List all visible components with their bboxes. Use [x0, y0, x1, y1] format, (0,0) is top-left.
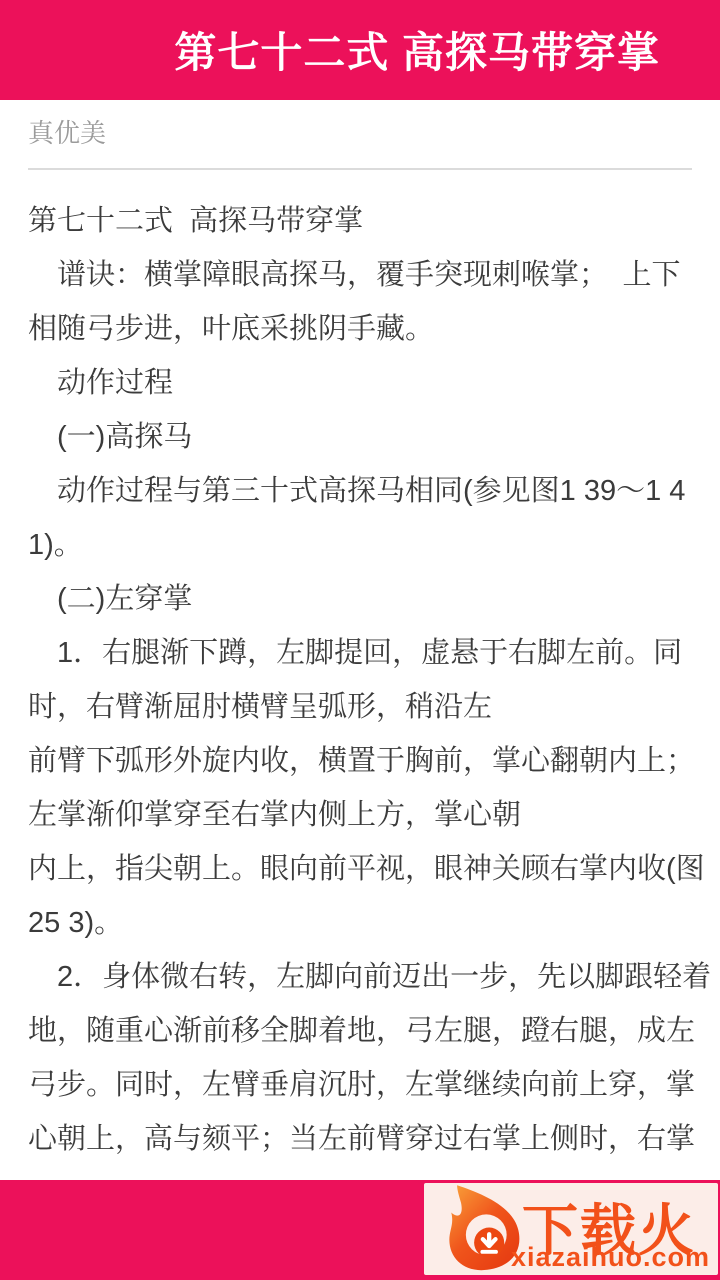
- text-line: 第七十二式 高探马带穿掌: [28, 194, 692, 248]
- page-title: 第七十二式 高探马带穿掌: [174, 20, 660, 80]
- content-area: 真优美 第七十二式 高探马带穿掌 谱诀：横掌障眼高探马，覆手突现刺喉掌； 上下 …: [0, 120, 720, 1166]
- text-line: 1)。: [28, 518, 692, 572]
- ad-domain-text: xiazaihuo.com: [511, 1242, 710, 1273]
- text-line: 心朝上，高与颏平；当左前臂穿过右掌上侧时，右掌: [28, 1112, 692, 1166]
- text-line: (一)高探马: [28, 410, 692, 464]
- text-line: 地，随重心渐前移全脚着地，弓左腿，蹬右腿，成左: [28, 1004, 692, 1058]
- text-line: 1．右腿渐下蹲，左脚提回，虚悬于右脚左前。同: [28, 626, 692, 680]
- text-line: 时，右臂渐屈肘横臂呈弧形，稍沿左: [28, 680, 692, 734]
- article-body[interactable]: 第七十二式 高探马带穿掌 谱诀：横掌障眼高探马，覆手突现刺喉掌； 上下 相随弓步…: [28, 194, 692, 1166]
- text-line: 动作过程: [28, 356, 692, 410]
- footer-ad-banner[interactable]: 下载火 xiazaihuo.com: [0, 1180, 720, 1280]
- text-line: 左掌渐仰掌穿至右掌内侧上方，掌心朝: [28, 788, 692, 842]
- divider: [28, 168, 692, 170]
- text-line: 前臂下弧形外旋内收，横置于胸前，掌心翻朝内上；: [28, 734, 692, 788]
- ad-panel[interactable]: 下载火 xiazaihuo.com: [424, 1183, 718, 1275]
- text-line: 动作过程与第三十式高探马相同(参见图1 39～1 4: [28, 464, 692, 518]
- source-label: 真优美: [28, 120, 692, 146]
- text-line: (二)左穿掌: [28, 572, 692, 626]
- app-header: 第七十二式 高探马带穿掌: [0, 0, 720, 100]
- text-line: 内上，指尖朝上。眼向前平视，眼神关顾右掌内收(图: [28, 842, 692, 896]
- text-line: 谱诀：横掌障眼高探马，覆手突现刺喉掌； 上下: [28, 248, 692, 302]
- app-screen: 第七十二式 高探马带穿掌 真优美 第七十二式 高探马带穿掌 谱诀：横掌障眼高探马…: [0, 0, 720, 1280]
- text-line: 弓步。同时，左臂垂肩沉肘，左掌继续向前上穿，掌: [28, 1058, 692, 1112]
- text-line: 25 3)。: [28, 896, 692, 950]
- text-line: 相随弓步进，叶底采挑阴手藏。: [28, 302, 692, 356]
- text-line: 2．身体微右转，左脚向前迈出一步，先以脚跟轻着: [28, 950, 692, 1004]
